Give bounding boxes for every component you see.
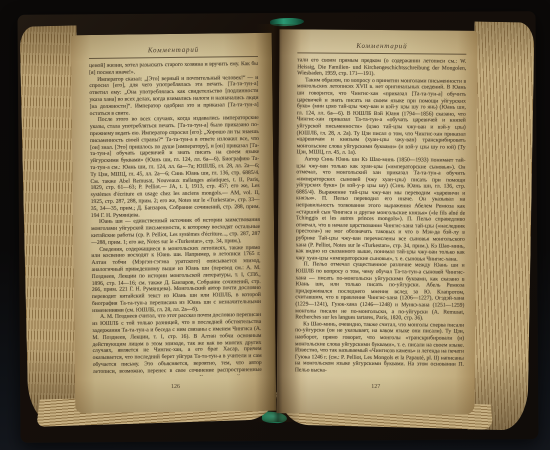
paragraph: Кэ Шао-минь, очевидно, также считал, что… <box>295 321 464 375</box>
paragraph: тали его своим прямым предком (о содержа… <box>297 57 466 78</box>
right-fore-edge-pages <box>467 22 534 431</box>
paragraph: А. М. Позднеев считал, что этот рассказ … <box>92 312 262 377</box>
paragraph: Император сказал: „[Это] верный и почтит… <box>89 75 258 118</box>
left-page: Комментарий ценой] жизни, хотел разыскат… <box>71 33 277 413</box>
right-page: Комментарий тали его своим прямым предко… <box>276 29 477 415</box>
running-head-rule <box>297 52 466 54</box>
paragraph: Юань ши — единственный источник об истор… <box>91 217 260 246</box>
paragraph: Сведения, содержащиеся в монгольских лет… <box>91 244 261 314</box>
running-head-rule <box>89 56 258 59</box>
running-head: Комментарий <box>89 45 258 56</box>
paragraph: После этого во всех случаях, когда издав… <box>90 115 260 219</box>
left-page-text: ценой] жизни, хотел разыскать старого хо… <box>89 61 262 377</box>
running-head: Комментарий <box>297 41 466 51</box>
paragraph: П. Пельо отмечал существенное различие м… <box>295 262 464 323</box>
right-page-text: тали его своим прямым предком (о содержа… <box>295 57 466 376</box>
paragraph: Таким образом, по вопросу о принятии мон… <box>297 77 467 157</box>
page-number: 126 <box>75 383 276 391</box>
right-page-surface: Комментарий тали его своим прямым предко… <box>276 29 477 415</box>
photo-backdrop: Комментарий ценой] жизни, хотел разыскат… <box>0 0 550 450</box>
left-page-surface: Комментарий ценой] жизни, хотел разыскат… <box>71 33 277 413</box>
page-number: 127 <box>277 383 475 391</box>
paragraph: Автор Синь Юань ши Кэ Шао-минь (1850—193… <box>296 156 466 263</box>
open-book: Комментарий ценой] жизни, хотел разыскат… <box>0 0 550 450</box>
